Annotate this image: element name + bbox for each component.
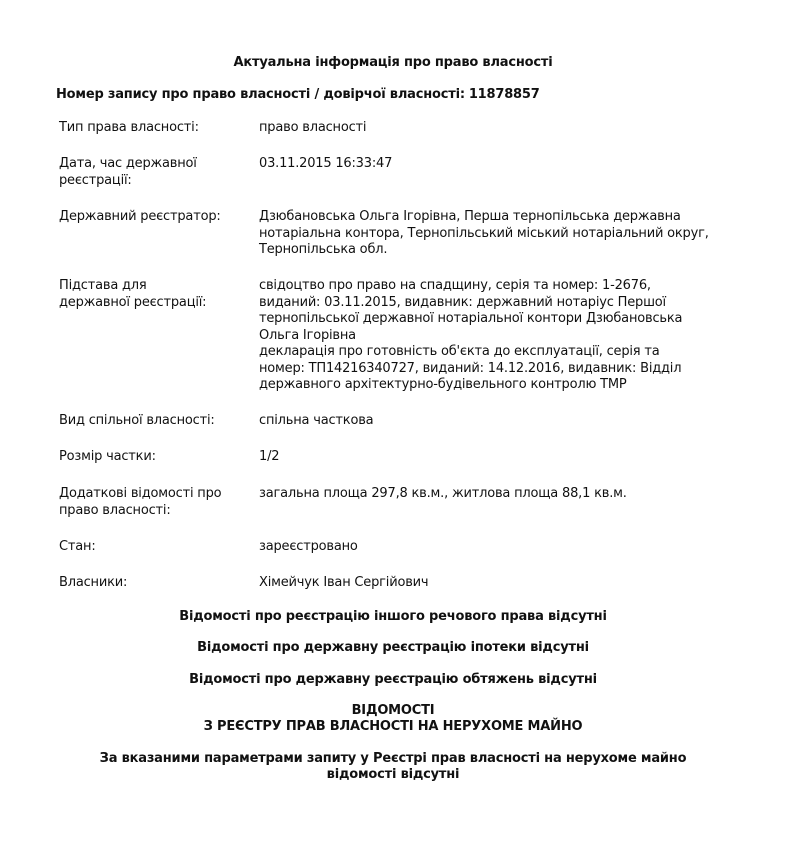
value-text: декларація про готовність об'єкта до екс… — [259, 344, 739, 361]
label-text: реєстрації: — [59, 173, 259, 190]
value-text: 03.11.2015 16:33:47 — [259, 156, 739, 173]
label-text: Державний реєстратор: — [59, 209, 259, 226]
row-state-registrar: Державний реєстратор: Дзюбановська Ольга… — [59, 209, 739, 259]
value-text: свідоцтво про право на спадщину, серія т… — [259, 278, 739, 295]
value-text: тернопільської державної нотаріальної ко… — [259, 311, 739, 328]
row-label: Стан: — [59, 539, 259, 556]
notice-other-rights: Відомості про реєстрацію іншого речового… — [0, 609, 786, 625]
row-value: Дзюбановська Ольга Ігорівна, Перша терно… — [259, 209, 739, 259]
row-group-status: Стан: зареєстровано — [59, 539, 739, 556]
value-text: нотаріальна контора, Тернопільський місь… — [259, 226, 739, 243]
label-text: Розмір частки: — [59, 449, 259, 466]
row-label: Вид спільної власності: — [59, 413, 259, 430]
registry-heading: ВІДОМОСТІ З РЕЄСТРУ ПРАВ ВЛАСНОСТІ НА НЕ… — [0, 703, 786, 735]
value-text: виданий: 03.11.2015, видавник: державний… — [259, 295, 739, 312]
label-text: Вид спільної власності: — [59, 413, 259, 430]
label-text: право власності: — [59, 503, 259, 520]
row-group-additional-info: Додаткові відомості про право власності:… — [59, 486, 739, 519]
row-status: Стан: зареєстровано — [59, 539, 739, 556]
registry-heading-line-1: ВІДОМОСТІ — [0, 703, 786, 719]
label-text: Додаткові відомості про — [59, 486, 259, 503]
row-group-registration-date: Дата, час державної реєстрації: 03.11.20… — [59, 156, 739, 189]
row-registration-basis: Підстава для державної реєстрації: свідо… — [59, 278, 739, 394]
notice-mortgage: Відомості про державну реєстрацію іпотек… — [0, 640, 786, 656]
row-value: 1/2 — [259, 449, 739, 466]
row-share-size: Розмір частки: 1/2 — [59, 449, 739, 466]
row-value: зареєстровано — [259, 539, 739, 556]
label-text: Власники: — [59, 575, 259, 592]
row-label: Розмір частки: — [59, 449, 259, 466]
value-text: 1/2 — [259, 449, 739, 466]
row-value: свідоцтво про право на спадщину, серія т… — [259, 278, 739, 394]
row-joint-ownership-type: Вид спільної власності: спільна часткова — [59, 413, 739, 430]
label-text: Стан: — [59, 539, 259, 556]
value-text: Ольга Ігорівна — [259, 328, 739, 345]
row-value: право власності — [259, 120, 739, 137]
record-number-line: Номер запису про право власності / довір… — [56, 87, 540, 102]
value-text: державного архітектурно-будівельного кон… — [259, 377, 739, 394]
row-label: Власники: — [59, 575, 259, 592]
row-value: 03.11.2015 16:33:47 — [259, 156, 739, 173]
record-number-value: 11878857 — [469, 87, 540, 102]
registry-heading-line-2: З РЕЄСТРУ ПРАВ ВЛАСНОСТІ НА НЕРУХОМЕ МАЙ… — [0, 719, 786, 735]
row-ownership-type: Тип права власності: право власності — [59, 120, 739, 137]
row-value: Хімейчук Іван Сергійович — [259, 575, 739, 592]
row-group-owners: Власники: Хімейчук Іван Сергійович — [59, 575, 739, 592]
row-group-registrar: Державний реєстратор: Дзюбановська Ольга… — [59, 209, 739, 259]
document-page: Актуальна інформація про право власності… — [0, 0, 786, 846]
row-owners: Власники: Хімейчук Іван Сергійович — [59, 575, 739, 592]
label-text: державної реєстрації: — [59, 295, 259, 312]
row-group-joint-ownership: Вид спільної власності: спільна часткова — [59, 413, 739, 430]
record-number-label: Номер запису про право власності / довір… — [56, 87, 465, 102]
row-group-share-size: Розмір частки: 1/2 — [59, 449, 739, 466]
row-label: Державний реєстратор: — [59, 209, 259, 226]
registry-result-line-2: відомості відсутні — [0, 767, 786, 783]
registry-result-line-1: За вказаними параметрами запиту у Реєстр… — [0, 751, 786, 767]
value-text: Хімейчук Іван Сергійович — [259, 575, 739, 592]
value-text: загальна площа 297,8 кв.м., житлова площ… — [259, 486, 739, 503]
value-text: номер: ТП14216340727, виданий: 14.12.201… — [259, 361, 739, 378]
row-value: спільна часткова — [259, 413, 739, 430]
row-label: Підстава для державної реєстрації: — [59, 278, 259, 311]
label-text: Тип права власності: — [59, 120, 199, 135]
ownership-details: Тип права власності: право власності — [59, 120, 739, 137]
value-text: Дзюбановська Ольга Ігорівна, Перша терно… — [259, 209, 739, 226]
value-text: право власності — [259, 120, 739, 137]
row-label: Дата, час державної реєстрації: — [59, 156, 259, 189]
registry-result: За вказаними параметрами запиту у Реєстр… — [0, 751, 786, 783]
value-text: Тернопільська обл. — [259, 242, 739, 259]
value-text: спільна часткова — [259, 413, 739, 430]
row-additional-info: Додаткові відомості про право власності:… — [59, 486, 739, 519]
row-value: загальна площа 297,8 кв.м., житлова площ… — [259, 486, 739, 503]
row-registration-datetime: Дата, час державної реєстрації: 03.11.20… — [59, 156, 739, 189]
row-label: Тип права власності: — [59, 120, 259, 137]
value-text: зареєстровано — [259, 539, 739, 556]
row-label: Додаткові відомості про право власності: — [59, 486, 259, 519]
label-text: Дата, час державної — [59, 156, 259, 173]
label-text: Підстава для — [59, 278, 259, 295]
row-group-registration-basis: Підстава для державної реєстрації: свідо… — [59, 278, 739, 394]
document-title: Актуальна інформація про право власності — [0, 55, 786, 70]
notice-encumbrances: Відомості про державну реєстрацію обтяже… — [0, 672, 786, 688]
